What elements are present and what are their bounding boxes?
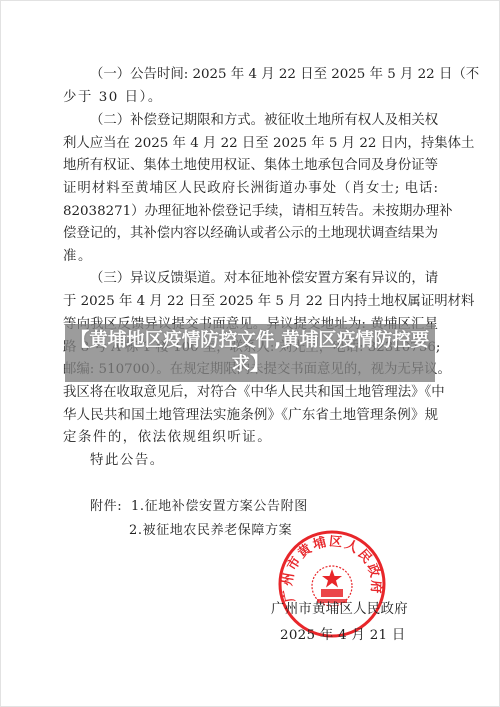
document-page: （一）公告时间: 2025 年 4 月 22 日至 2025 年 5 月 22 … (0, 0, 500, 707)
text-line: 82038271）办理征地补偿登记手续，请相互转告。未按期办理补 (63, 204, 438, 220)
attachments-label: 附件: (90, 499, 122, 515)
official-seal-icon: 广州市黄埔区人民政府 (277, 529, 387, 639)
text-line: 华人民共和国土地管理法实施条例》《广东省土地管理条例》规 (63, 408, 438, 424)
text-line: 利人应当在 2025 年 4 月 22 日至 2025 年 5 月 22 日内，… (63, 136, 438, 152)
text-line: 定条件的，依法依规组织听证。 (63, 430, 438, 446)
text-line: 证明材料至黄埔区人民政府长洲街道办事处（肖女士; 电话: (63, 181, 438, 197)
text-line: （三）异议反馈渠道。对本征地补偿安置方案有异议的，请 (90, 271, 438, 287)
attachment-item: 1.征地补偿安置方案公告附图 (131, 499, 308, 515)
text-line: 于 2025 年 4 月 22 日至 2025 年 5 月 22 日内持土地权属… (63, 294, 438, 310)
attachment-item: 2.被征地农民养老保障方案 (129, 523, 292, 539)
text-line: 准。 (63, 249, 438, 265)
text-line: 我区将在收取意见后，对符合《中华人民共和国土地管理法》《中 (63, 385, 438, 401)
text-line: 偿登记的，其补偿内容以经确认或者公示的土地现状调查结果为 (63, 226, 438, 242)
banner-title: 【黄埔地区疫情防控文件,黄埔区疫情防控要求】 (70, 329, 430, 377)
text-line: （一）公告时间: 2025 年 4 月 22 日至 2025 年 5 月 22 … (90, 67, 438, 83)
closing-text: 特此公告。 (90, 453, 438, 469)
text-line: （二）补偿登记期限和方式。被征收土地所有权人及相关权 (90, 113, 438, 129)
issuer-name: 广州市黄埔区人民政府 (271, 602, 408, 618)
text-line: 地所有权证、集体土地使用权证、集体土地承包合同及身份证等 (63, 158, 438, 174)
issue-date: 2025 年 4 月 21 日 (280, 628, 406, 644)
text-line: 少于 30 日）。 (63, 90, 438, 106)
title-banner: 【黄埔地区疫情防控文件,黄埔区疫情防控要求】 (65, 324, 435, 382)
